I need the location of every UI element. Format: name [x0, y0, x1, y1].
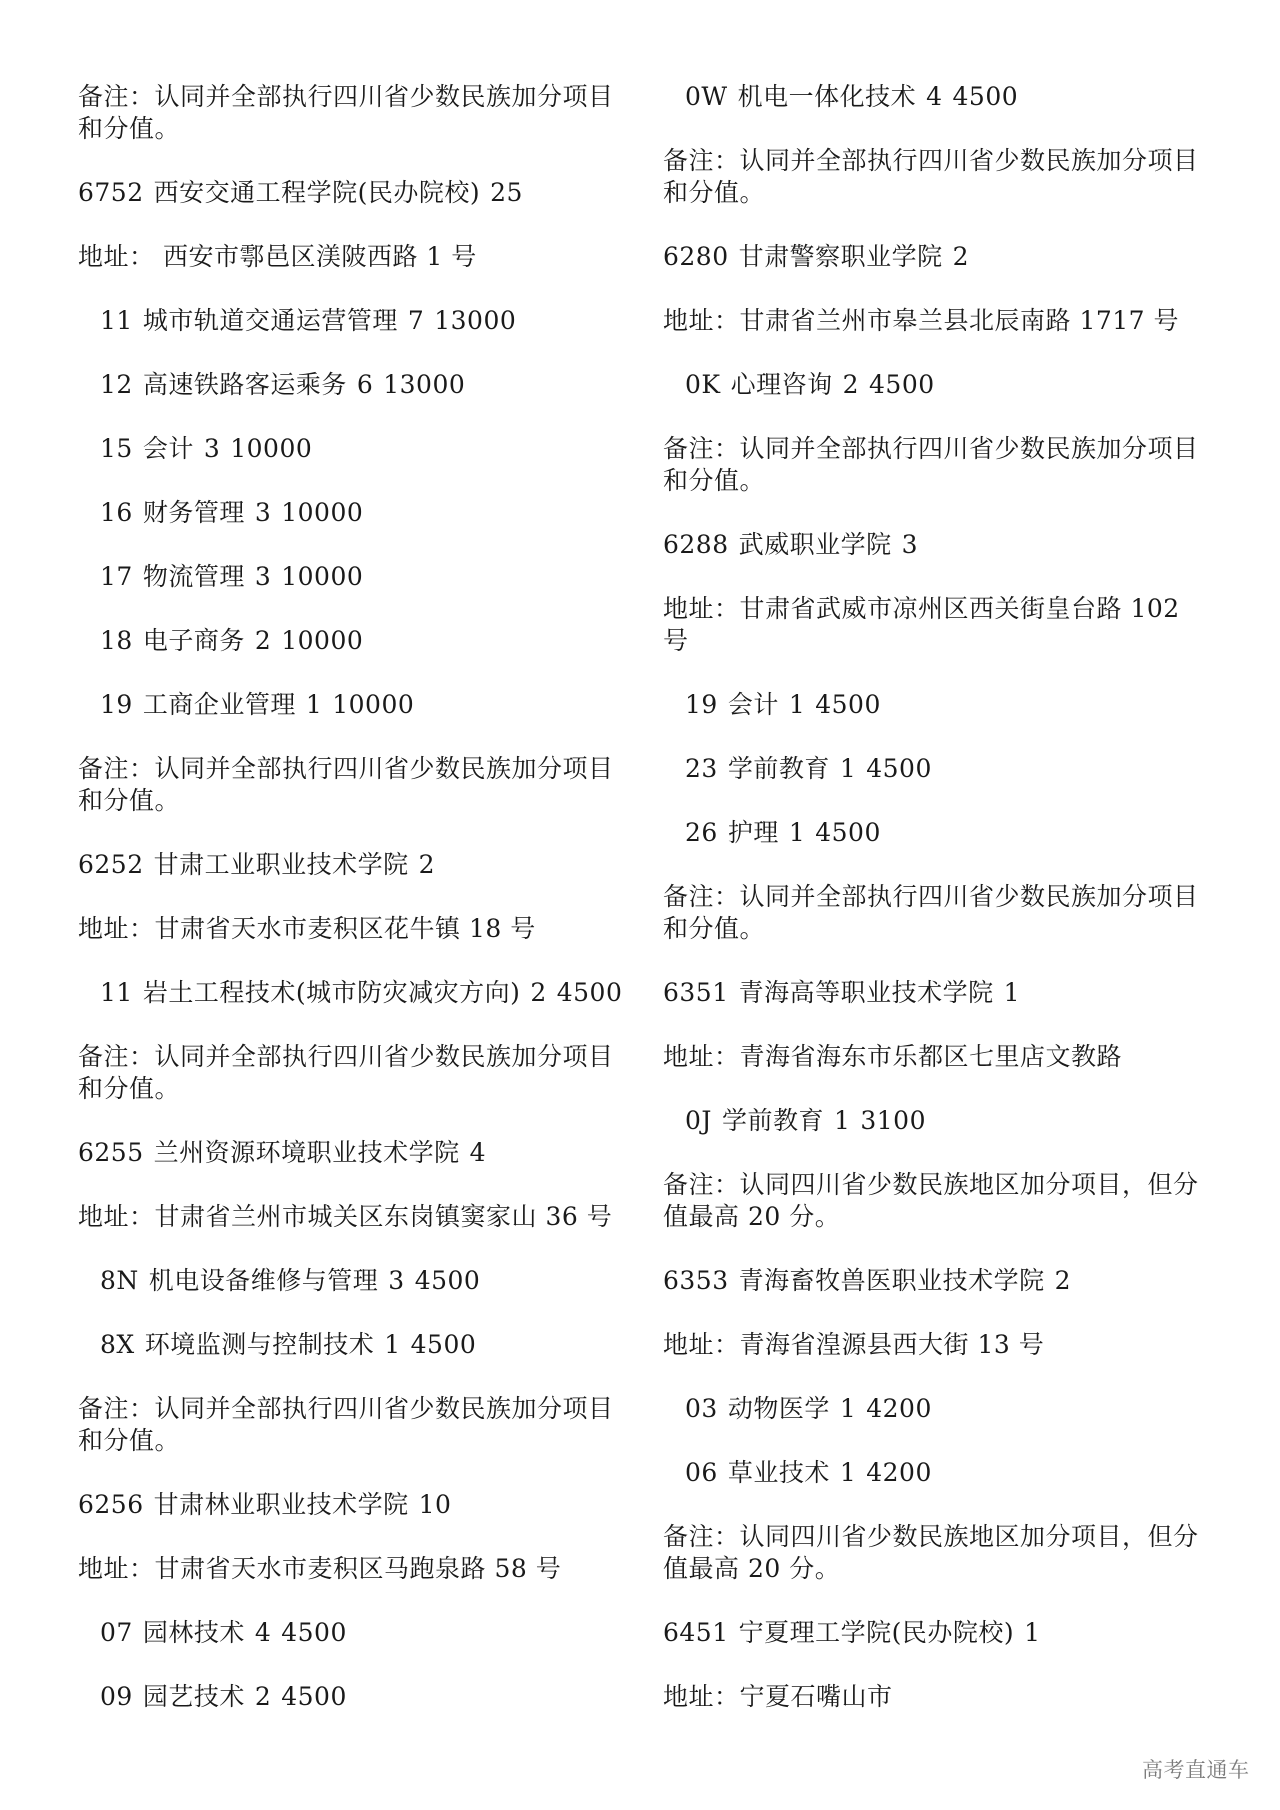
major-code: 18 [100, 626, 133, 655]
major-row: 07园林技术44500 [78, 1617, 623, 1649]
major-fee: 10000 [281, 562, 363, 591]
major-row: 17物流管理310000 [78, 561, 623, 593]
major-fee: 3100 [860, 1106, 926, 1135]
major-row: 23学前教育14500 [663, 753, 1208, 785]
major-code: 11 [100, 306, 133, 335]
address-line: 地址：青海省海东市乐都区七里店文教路 [663, 1041, 1208, 1073]
school-code: 6351 [663, 978, 729, 1007]
address-line: 地址：宁夏石嘴山市 [663, 1681, 1208, 1713]
major-count: 1 [840, 1394, 856, 1423]
major-name: 机电设备维修与管理 [149, 1266, 379, 1295]
major-name: 护理 [728, 818, 779, 847]
major-name: 机电一体化技术 [738, 82, 917, 111]
major-code: 17 [100, 562, 133, 591]
major-row: 11岩土工程技术(城市防灾减灾方向)24500 [78, 977, 623, 1009]
major-count: 3 [255, 498, 271, 527]
school-heading: 6280甘肃警察职业学院2 [663, 241, 1208, 273]
major-fee: 4500 [869, 370, 935, 399]
major-fee: 4200 [866, 1394, 932, 1423]
major-count: 1 [789, 690, 805, 719]
major-name: 会计 [728, 690, 779, 719]
major-fee: 4500 [815, 690, 881, 719]
major-name: 动物医学 [728, 1394, 830, 1423]
major-count: 3 [255, 562, 271, 591]
note-paragraph: 备注：认同并全部执行四川省少数民族加分项目和分值。 [78, 1393, 623, 1457]
major-row: 0K心理咨询24500 [663, 369, 1208, 401]
school-name: 兰州资源环境职业技术学院 [154, 1138, 460, 1167]
major-name: 环境监测与控制技术 [145, 1330, 375, 1359]
right-column: 0W机电一体化技术44500备注：认同并全部执行四川省少数民族加分项目和分值。6… [663, 81, 1208, 1745]
major-code: 0K [685, 370, 721, 399]
left-column: 备注：认同并全部执行四川省少数民族加分项目和分值。6752西安交通工程学院(民办… [78, 81, 623, 1745]
major-fee: 13000 [434, 306, 516, 335]
major-code: 15 [100, 434, 133, 463]
major-name: 心理咨询 [731, 370, 833, 399]
address-line: 地址：甘肃省兰州市城关区东岗镇窦家山 36 号 [78, 1201, 623, 1233]
major-fee: 4500 [281, 1682, 347, 1711]
major-code: 23 [685, 754, 718, 783]
school-code: 6255 [78, 1138, 144, 1167]
school-name: 甘肃工业职业技术学院 [154, 850, 409, 879]
major-name: 园林技术 [143, 1618, 245, 1647]
school-code: 6353 [663, 1266, 729, 1295]
major-name: 学前教育 [728, 754, 830, 783]
watermark: 高考直通车 [1142, 1756, 1250, 1784]
address-line: 地址：甘肃省兰州市皋兰县北辰南路 1717 号 [663, 305, 1208, 337]
school-count: 2 [1055, 1266, 1071, 1295]
major-code: 26 [685, 818, 718, 847]
major-fee: 4500 [557, 978, 623, 1007]
major-code: 8N [100, 1266, 139, 1295]
school-heading: 6451宁夏理工学院(民办院校)1 [663, 1617, 1208, 1649]
note-paragraph: 备注：认同并全部执行四川省少数民族加分项目和分值。 [663, 881, 1208, 945]
major-name: 城市轨道交通运营管理 [143, 306, 398, 335]
major-fee: 4500 [953, 82, 1019, 111]
school-code: 6451 [663, 1618, 729, 1647]
school-name: 西安交通工程学院(民办院校) [154, 178, 481, 207]
school-count: 2 [419, 850, 435, 879]
major-fee: 4500 [415, 1266, 481, 1295]
major-count: 2 [255, 626, 271, 655]
major-fee: 13000 [383, 370, 465, 399]
school-heading: 6256甘肃林业职业技术学院10 [78, 1489, 623, 1521]
note-paragraph: 备注：认同四川省少数民族地区加分项目，但分值最高 20 分。 [663, 1169, 1208, 1233]
school-code: 6252 [78, 850, 144, 879]
major-name: 电子商务 [143, 626, 245, 655]
school-code: 6256 [78, 1490, 144, 1519]
school-count: 4 [470, 1138, 486, 1167]
school-heading: 6252甘肃工业职业技术学院2 [78, 849, 623, 881]
note-paragraph: 备注：认同并全部执行四川省少数民族加分项目和分值。 [78, 1041, 623, 1105]
major-count: 1 [840, 1458, 856, 1487]
school-code: 6752 [78, 178, 144, 207]
major-code: 03 [685, 1394, 718, 1423]
major-count: 2 [843, 370, 859, 399]
major-count: 1 [384, 1330, 400, 1359]
note-paragraph: 备注：认同并全部执行四川省少数民族加分项目和分值。 [78, 753, 623, 817]
note-paragraph: 备注：认同四川省少数民族地区加分项目，但分值最高 20 分。 [663, 1521, 1208, 1585]
major-code: 07 [100, 1618, 133, 1647]
major-code: 0J [685, 1106, 712, 1135]
major-count: 4 [926, 82, 942, 111]
major-fee: 4200 [866, 1458, 932, 1487]
major-fee: 10000 [281, 498, 363, 527]
major-fee: 4500 [866, 754, 932, 783]
major-count: 7 [408, 306, 424, 335]
major-name: 财务管理 [143, 498, 245, 527]
major-row: 15会计310000 [78, 433, 623, 465]
major-row: 06草业技术14200 [663, 1457, 1208, 1489]
document-page: 备注：认同并全部执行四川省少数民族加分项目和分值。6752西安交通工程学院(民办… [0, 0, 1280, 1810]
major-code: 11 [100, 978, 133, 1007]
note-paragraph: 备注：认同并全部执行四川省少数民族加分项目和分值。 [663, 433, 1208, 497]
school-name: 甘肃警察职业学院 [739, 242, 943, 271]
school-heading: 6351青海高等职业技术学院1 [663, 977, 1208, 1009]
address-line: 地址：青海省湟源县西大街 13 号 [663, 1329, 1208, 1361]
major-name: 园艺技术 [143, 1682, 245, 1711]
major-count: 4 [255, 1618, 271, 1647]
major-count: 1 [306, 690, 322, 719]
major-code: 09 [100, 1682, 133, 1711]
major-name: 高速铁路客运乘务 [143, 370, 347, 399]
major-code: 06 [685, 1458, 718, 1487]
major-row: 0W机电一体化技术44500 [663, 81, 1208, 113]
school-heading: 6288武威职业学院3 [663, 529, 1208, 561]
school-count: 25 [490, 178, 523, 207]
address-line: 地址：甘肃省武威市凉州区西关街皇台路 102 号 [663, 593, 1208, 657]
major-fee: 10000 [281, 626, 363, 655]
major-code: 12 [100, 370, 133, 399]
major-count: 1 [789, 818, 805, 847]
note-paragraph: 备注：认同并全部执行四川省少数民族加分项目和分值。 [78, 81, 623, 145]
school-count: 1 [1024, 1618, 1040, 1647]
school-name: 甘肃林业职业技术学院 [154, 1490, 409, 1519]
major-name: 会计 [143, 434, 194, 463]
major-row: 19会计14500 [663, 689, 1208, 721]
major-row: 8N机电设备维修与管理34500 [78, 1265, 623, 1297]
major-count: 2 [255, 1682, 271, 1711]
school-code: 6288 [663, 530, 729, 559]
address-line: 地址： 西安市鄠邑区渼陂西路 1 号 [78, 241, 623, 273]
school-name: 青海高等职业技术学院 [739, 978, 994, 1007]
school-heading: 6353青海畜牧兽医职业技术学院2 [663, 1265, 1208, 1297]
major-fee: 4500 [815, 818, 881, 847]
major-count: 2 [530, 978, 546, 1007]
school-name: 宁夏理工学院(民办院校) [739, 1618, 1015, 1647]
major-row: 03动物医学14200 [663, 1393, 1208, 1425]
major-count: 6 [357, 370, 373, 399]
major-name: 学前教育 [722, 1106, 824, 1135]
school-count: 10 [419, 1490, 452, 1519]
major-code: 19 [685, 690, 718, 719]
major-count: 3 [204, 434, 220, 463]
major-code: 19 [100, 690, 133, 719]
major-fee: 4500 [411, 1330, 477, 1359]
major-row: 18电子商务210000 [78, 625, 623, 657]
major-fee: 4500 [281, 1618, 347, 1647]
major-code: 0W [685, 82, 728, 111]
major-fee: 10000 [230, 434, 312, 463]
major-fee: 10000 [332, 690, 414, 719]
major-name: 草业技术 [728, 1458, 830, 1487]
major-row: 26护理14500 [663, 817, 1208, 849]
address-line: 地址：甘肃省天水市麦积区花牛镇 18 号 [78, 913, 623, 945]
major-row: 12高速铁路客运乘务613000 [78, 369, 623, 401]
school-code: 6280 [663, 242, 729, 271]
major-row: 16财务管理310000 [78, 497, 623, 529]
major-count: 3 [388, 1266, 404, 1295]
major-name: 岩土工程技术(城市防灾减灾方向) [143, 978, 521, 1007]
school-name: 青海畜牧兽医职业技术学院 [739, 1266, 1045, 1295]
major-row: 09园艺技术24500 [78, 1681, 623, 1713]
major-row: 0J学前教育13100 [663, 1105, 1208, 1137]
school-count: 3 [902, 530, 918, 559]
major-code: 8X [100, 1330, 135, 1359]
major-row: 8X环境监测与控制技术14500 [78, 1329, 623, 1361]
school-heading: 6752西安交通工程学院(民办院校)25 [78, 177, 623, 209]
school-name: 武威职业学院 [739, 530, 892, 559]
school-heading: 6255兰州资源环境职业技术学院4 [78, 1137, 623, 1169]
major-name: 工商企业管理 [143, 690, 296, 719]
major-count: 1 [834, 1106, 850, 1135]
address-line: 地址：甘肃省天水市麦积区马跑泉路 58 号 [78, 1553, 623, 1585]
major-row: 11城市轨道交通运营管理713000 [78, 305, 623, 337]
major-code: 16 [100, 498, 133, 527]
major-name: 物流管理 [143, 562, 245, 591]
school-count: 1 [1004, 978, 1020, 1007]
major-row: 19工商企业管理110000 [78, 689, 623, 721]
major-count: 1 [840, 754, 856, 783]
school-count: 2 [953, 242, 969, 271]
note-paragraph: 备注：认同并全部执行四川省少数民族加分项目和分值。 [663, 145, 1208, 209]
